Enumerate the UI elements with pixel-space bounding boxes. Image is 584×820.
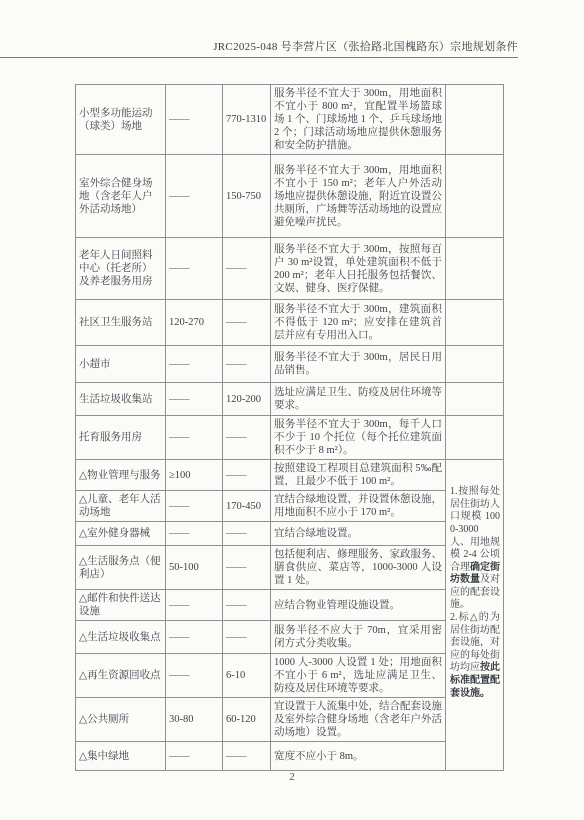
land-area-cell: 770-1310	[223, 85, 271, 155]
requirement-cell: 服务半径不宜大于 300m，按照每百户 30 m²设置，单处建筑面积不低于 20…	[271, 238, 446, 300]
notes-empty-cell	[446, 300, 504, 346]
facility-name-cell: △室外健身器械	[76, 522, 166, 546]
table-row: 小超市————服务半径不宜大于 300m，居民日用品销售。	[76, 346, 504, 383]
land-area-cell: 170-450	[223, 491, 271, 522]
notes-empty-cell	[446, 238, 504, 300]
land-area-cell: 6-10	[223, 654, 271, 698]
table-row: △生活服务点（便利店）50-100——包括便利店、修理服务、家政服务、膳食供应、…	[76, 546, 504, 590]
facility-name-cell: △生活垃圾收集点	[76, 621, 166, 654]
building-area-cell: 50-100	[166, 546, 223, 590]
notes-empty-cell	[446, 416, 504, 460]
requirement-cell: 服务半径不宜大于 300m，用地面积不宜小于 150 m²；老年人户外活动场地应…	[271, 155, 446, 238]
land-area-cell: 120-200	[223, 383, 271, 416]
building-area-cell: ——	[166, 621, 223, 654]
document-header-title: JRC2025-048 号李营片区（张拾路北国槐路东）宗地规划条件	[0, 38, 518, 58]
requirement-cell: 宜设置于人流集中处，结合配套设施及室外综合健身场地（含老年户外活动场地）设置。	[271, 698, 446, 742]
table-row: 老年人日间照料中心（托老所）及养老服务用房————服务半径不宜大于 300m，按…	[76, 238, 504, 300]
facility-name-cell: △儿童、老年人活动场地	[76, 491, 166, 522]
requirement-cell: 服务半径不宜大于 300m，建筑面积不得低于 120 m²；应安排在建筑首层并应…	[271, 300, 446, 346]
table-row: △室外健身器械————宜结合绿地设置。	[76, 522, 504, 546]
requirement-cell: 包括便利店、修理服务、家政服务、膳食供应、菜店等，1000-3000 人设置 1…	[271, 546, 446, 590]
land-area-cell: ——	[223, 621, 271, 654]
building-area-cell: ——	[166, 346, 223, 383]
land-area-cell: ——	[223, 346, 271, 383]
requirement-cell: 宜结合绿地设置。	[271, 522, 446, 546]
notes-empty-cell	[446, 346, 504, 383]
table-row: 室外综合健身场地（含老年人户外活动场地）——150-750服务半径不宜大于 30…	[76, 155, 504, 238]
facility-name-cell: △邮件和快件送达设施	[76, 590, 166, 621]
facility-name-cell: 托育服务用房	[76, 416, 166, 460]
facility-name-cell: △物业管理与服务	[76, 460, 166, 491]
note-2: 2.标△的为居住街坊配套设施，对应的每处街坊均应按此标准配置配套设施。	[450, 612, 500, 700]
requirement-cell: 服务半径不宜大于 300m，居民日用品销售。	[271, 346, 446, 383]
land-area-cell: ——	[223, 300, 271, 346]
table-row: 生活垃圾收集站——120-200选址应满足卫生、防疫及居住环境等要求。	[76, 383, 504, 416]
building-area-cell: ≥100	[166, 460, 223, 491]
requirement-cell: 按照建设工程项目总建筑面积 5‰配置，且最少不低于 100 m²。	[271, 460, 446, 491]
building-area-cell: ——	[166, 654, 223, 698]
requirement-cell: 1000 人-3000 人设置 1 处；用地面积不宜小于 6 m²，选址应满足卫…	[271, 654, 446, 698]
requirement-cell: 选址应满足卫生、防疫及居住环境等要求。	[271, 383, 446, 416]
facility-name-cell: 小超市	[76, 346, 166, 383]
document-page: JRC2025-048 号李营片区（张拾路北国槐路东）宗地规划条件 小型多功能运…	[0, 0, 584, 820]
notes-empty-cell	[446, 155, 504, 238]
building-area-cell: ——	[166, 742, 223, 771]
building-area-cell: ——	[166, 155, 223, 238]
land-area-cell: ——	[223, 522, 271, 546]
building-area-cell: ——	[166, 383, 223, 416]
requirement-cell: 应结合物业管理设施设置。	[271, 590, 446, 621]
facility-name-cell: △公共厕所	[76, 698, 166, 742]
building-area-cell: ——	[166, 416, 223, 460]
facility-name-cell: 小型多功能运动（球类）场地	[76, 85, 166, 155]
facility-name-cell: 室外综合健身场地（含老年人户外活动场地）	[76, 155, 166, 238]
table-row: △集中绿地————宽度不应小于 8m。	[76, 742, 504, 771]
page-number: 2	[0, 771, 584, 783]
facility-name-cell: 生活垃圾收集站	[76, 383, 166, 416]
notes-empty-cell	[446, 85, 504, 155]
land-area-cell: ——	[223, 238, 271, 300]
land-area-cell: ——	[223, 590, 271, 621]
building-area-cell: 120-270	[166, 300, 223, 346]
building-area-cell: ——	[166, 522, 223, 546]
requirement-cell: 宜结合绿地设置，并设置休憩设施，用地面积不应小于 170 m²。	[271, 491, 446, 522]
notes-empty-cell	[446, 383, 504, 416]
table-row: 社区卫生服务站120-270——服务半径不宜大于 300m，建筑面积不得低于 1…	[76, 300, 504, 346]
facility-name-cell: △生活服务点（便利店）	[76, 546, 166, 590]
table-row: △生活垃圾收集点————服务半径不应大于 70m，宜采用密闭方式分类收集。	[76, 621, 504, 654]
facility-name-cell: 社区卫生服务站	[76, 300, 166, 346]
requirement-cell: 服务半径不应大于 70m，宜采用密闭方式分类收集。	[271, 621, 446, 654]
table-row: 小型多功能运动（球类）场地——770-1310服务半径不宜大于 300m，用地面…	[76, 85, 504, 155]
land-area-cell: 150-750	[223, 155, 271, 238]
land-area-cell: ——	[223, 416, 271, 460]
facilities-table-body: 小型多功能运动（球类）场地——770-1310服务半径不宜大于 300m，用地面…	[76, 85, 504, 771]
table-row: △再生资源回收点——6-101000 人-3000 人设置 1 处；用地面积不宜…	[76, 654, 504, 698]
land-area-cell: ——	[223, 742, 271, 771]
notes-cell: 1.按照每处居住街坊人口规模 1000-3000 人、用地规模 2-4 公顷合理…	[446, 460, 504, 771]
building-area-cell: 30-80	[166, 698, 223, 742]
table-row: △邮件和快件送达设施————应结合物业管理设施设置。	[76, 590, 504, 621]
requirement-cell: 宽度不应小于 8m。	[271, 742, 446, 771]
building-area-cell: ——	[166, 238, 223, 300]
facilities-table: 小型多功能运动（球类）场地——770-1310服务半径不宜大于 300m，用地面…	[75, 84, 504, 771]
building-area-cell: ——	[166, 491, 223, 522]
facility-name-cell: △再生资源回收点	[76, 654, 166, 698]
building-area-cell: ——	[166, 85, 223, 155]
building-area-cell: ——	[166, 590, 223, 621]
land-area-cell: ——	[223, 546, 271, 590]
requirement-cell: 服务半径不宜大于 300m，每千人口不少于 10 个托位（每个托位建筑面积不少于…	[271, 416, 446, 460]
facility-name-cell: 老年人日间照料中心（托老所）及养老服务用房	[76, 238, 166, 300]
table-row: 托育服务用房————服务半径不宜大于 300m，每千人口不少于 10 个托位（每…	[76, 416, 504, 460]
land-area-cell: ——	[223, 460, 271, 491]
table-row: △公共厕所30-8060-120宜设置于人流集中处，结合配套设施及室外综合健身场…	[76, 698, 504, 742]
requirement-cell: 服务半径不宜大于 300m，用地面积不宜小于 800 m²，宜配置半场篮球场 1…	[271, 85, 446, 155]
table-row: △儿童、老年人活动场地——170-450宜结合绿地设置，并设置休憩设施，用地面积…	[76, 491, 504, 522]
table-row: △物业管理与服务≥100——按照建设工程项目总建筑面积 5‰配置，且最少不低于 …	[76, 460, 504, 491]
note-1: 1.按照每处居住街坊人口规模 1000-3000 人、用地规模 2-4 公顷合理…	[450, 486, 500, 612]
land-area-cell: 60-120	[223, 698, 271, 742]
facility-name-cell: △集中绿地	[76, 742, 166, 771]
